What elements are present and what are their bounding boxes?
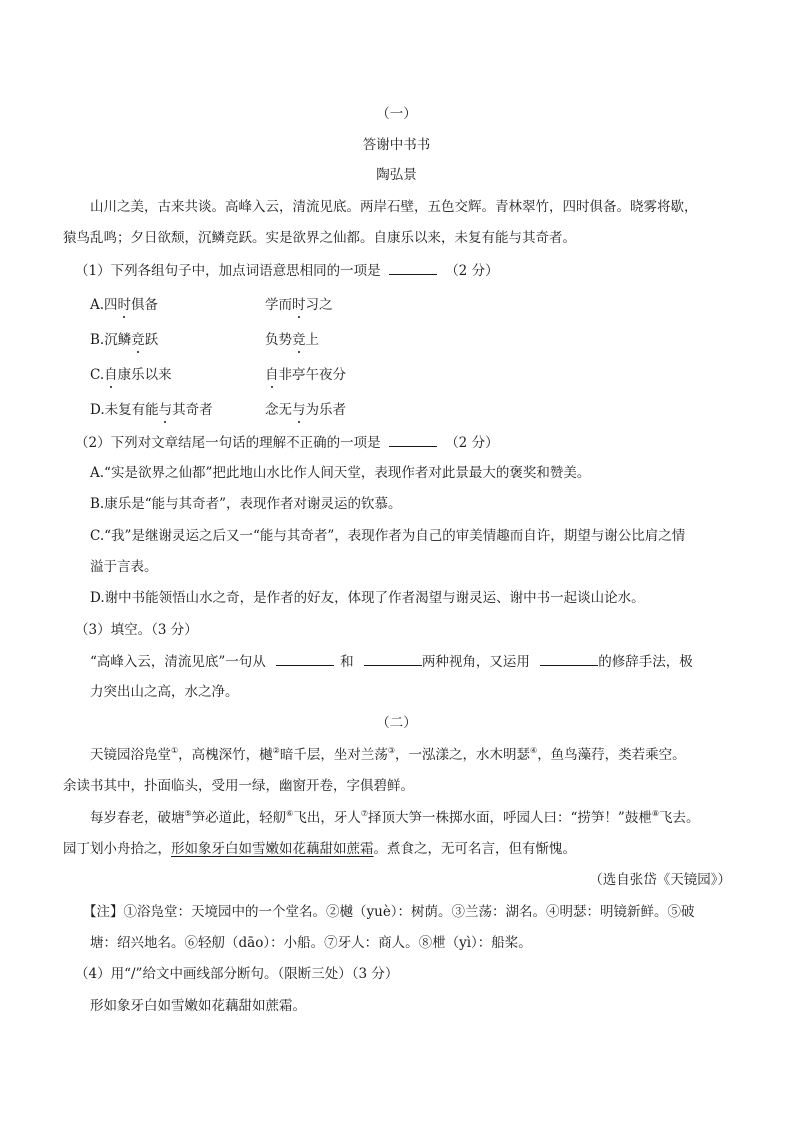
- question-2-stem: （2）下列对文章结尾一句话的理解不正确的一项是: [75, 435, 381, 451]
- notes-line-2: 塘：绍兴地名。⑥轻舠（dāo）：小船。⑦牙人：商人。⑧枻（yì）：船桨。: [90, 933, 532, 953]
- question-4-sentence: 形如象牙白如雪嫩如花藕甜如蔗霜。: [90, 996, 306, 1016]
- question-2: （2）下列对文章结尾一句话的理解不正确的一项是 （2 分）: [75, 432, 499, 453]
- q1-option-c-right: 自非亭午夜分: [265, 365, 346, 385]
- passage-line-1: 山川之美，古来共谈。高峰入云，清流见底。两岸石壁，五色交辉。青林翠竹，四时俱备。…: [90, 197, 698, 217]
- answer-blank-2[interactable]: [389, 432, 437, 447]
- q1-option-a-right: 学而时习之: [265, 295, 333, 315]
- passage2-line-3: 每岁春老，破塘⑤笋必道此，轻舠⑥飞出，牙人⑦择顶大笋一株掷水面，呼园人曰：“捞笋…: [90, 808, 700, 828]
- q1-option-a-left: A.四时俱备: [90, 295, 158, 315]
- q1-option-c-left: C.自康乐以来: [90, 365, 172, 385]
- passage2-line-2: 余读书其中，扑面临头，受用一绿，幽窗开卷，字俱碧鲜。: [63, 776, 414, 796]
- question-4-stem: （4）用“/”给文中画线部分断句。（限断三处）（3 分）: [75, 964, 398, 984]
- passage2-line-4: 园丁划小舟拾之，形如象牙白如雪嫩如花藕甜如蔗霜。煮食之，无可名言，但有惭愧。: [63, 839, 576, 859]
- q1-option-d-right: 念无与为乐者: [265, 400, 346, 420]
- question-1-score: （2 分）: [445, 263, 498, 279]
- q2-option-c: C.“我”是继谢灵运之后又一“能与其奇者”，表现作者为自己的审美情趣而自许，期望…: [90, 526, 685, 546]
- question-3-stem: （3）填空。（3 分）: [75, 620, 198, 640]
- fill-blank-2[interactable]: [364, 651, 422, 666]
- fill-blank-3[interactable]: [540, 651, 598, 666]
- q1-option-b-left: B.沉鳞竞跃: [90, 330, 158, 350]
- notes-line-1: 【注】①浴凫堂：天境园中的一个堂名。②樾（yuè）：树荫。③兰荡：湖名。④明瑟：…: [83, 902, 695, 922]
- passage-line-2: 猿鸟乱鸣；夕日欲颓，沉鳞竞跃。实是欲界之仙都。自康乐以来，未复有能与其奇者。: [63, 228, 576, 248]
- question-3-line-1: “高峰入云，清流见底”一句从 和 两种视角，又运用 的修辞手法，极: [90, 651, 693, 672]
- q1-option-b-right: 负势竞上: [265, 330, 319, 350]
- fill-blank-1[interactable]: [276, 651, 334, 666]
- section-label-2: （二）: [0, 713, 793, 733]
- question-1-stem: （1）下列各组句子中，加点词语意思相同的一项是: [75, 263, 381, 279]
- q2-option-d: D.谢中书能领悟山水之奇，是作者的好友，体现了作者渴望与谢灵运、谢中书一起谈山论…: [90, 588, 645, 608]
- passage-source: （选自张岱《天镜园》）: [589, 870, 731, 890]
- q2-option-c-cont: 溢于言表。: [90, 557, 158, 577]
- question-2-score: （2 分）: [445, 435, 498, 451]
- underlined-sentence: 形如象牙白如雪嫩如花藕甜如蔗霜: [171, 841, 374, 857]
- passage-author: 陶弘景: [0, 165, 793, 185]
- passage-title: 答谢中书书: [0, 135, 793, 155]
- q1-option-d-left: D.未复有能与其奇者: [90, 400, 213, 420]
- passage2-line-1: 天镜园浴凫堂①，高槐深竹，樾②暗千层，坐对兰荡③，一泓漾之，水木明瑟④，鱼鸟藻荇…: [90, 745, 686, 765]
- q2-option-a: A.“实是欲界之仙都”把此地山水比作人间天堂，表现作者对此景最大的褒奖和赞美。: [90, 463, 590, 483]
- question-3-line-2: 力突出山之高，水之净。: [90, 682, 239, 702]
- question-1: （1）下列各组句子中，加点词语意思相同的一项是 （2 分）: [75, 260, 499, 281]
- section-label-1: （一）: [0, 104, 793, 124]
- q2-option-b: B.康乐是“能与其奇者”，表现作者对谢灵运的钦慕。: [90, 494, 402, 514]
- answer-blank-1[interactable]: [389, 260, 437, 275]
